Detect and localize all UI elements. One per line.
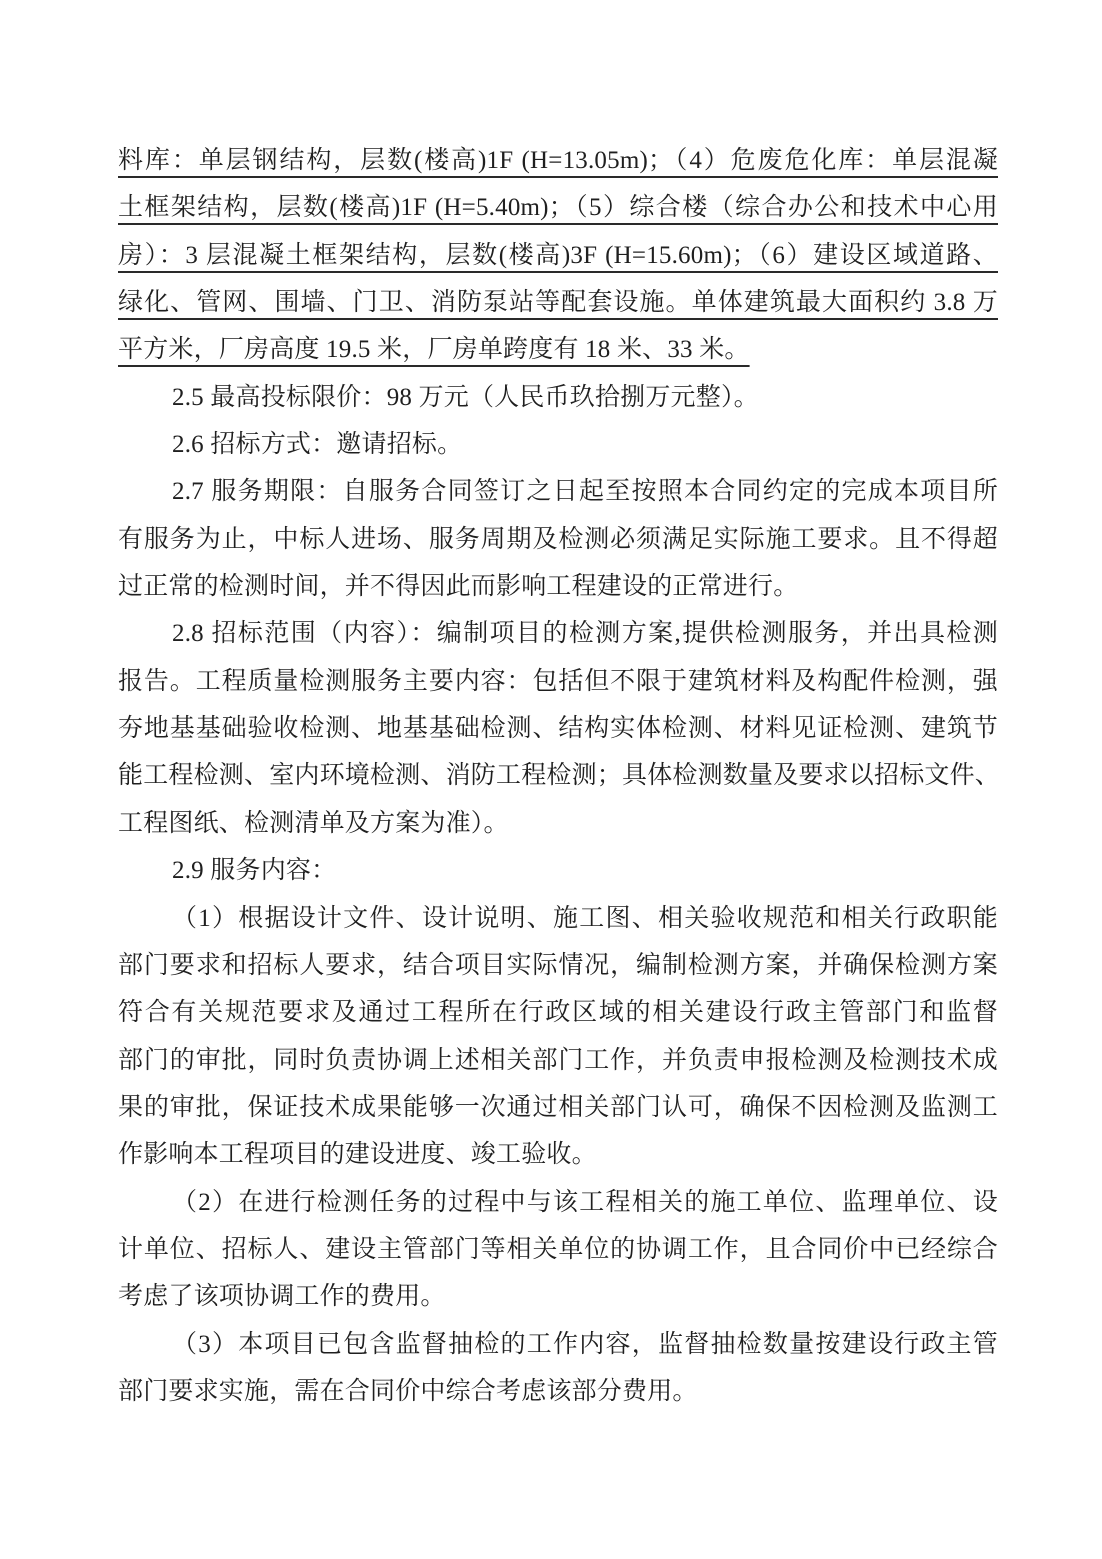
text-line: 部门的审批，同时负责协调上述相关部门工作，并负责申报检测及检测技术成 <box>118 1037 998 1084</box>
item-2-coordination: （2）在进行检测任务的过程中与该工程相关的施工单位、监理单位、设计单位、招标人、… <box>118 1179 998 1321</box>
document-body: 料库：单层钢结构，层数(楼高)1F (H=13.05m)；（4）危废危化库：单层… <box>118 137 998 1415</box>
text-line: 考虑了该项协调工作的费用。 <box>118 1273 998 1320</box>
document-page: 料库：单层钢结构，层数(楼高)1F (H=13.05m)；（4）危废危化库：单层… <box>0 0 1102 1559</box>
item-1-detection-plan: （1）根据设计文件、设计说明、施工图、相关验收规范和相关行政职能部门要求和招标人… <box>118 895 998 1179</box>
text-line: 符合有关规范要求及通过工程所在行政区域的相关建设行政主管部门和监督 <box>118 989 998 1036</box>
text-line: 能工程检测、室内环境检测、消防工程检测；具体检测数量及要求以招标文件、 <box>118 752 998 799</box>
text-line: 工程图纸、检测清单及方案为准）。 <box>118 800 998 847</box>
text-line: 报告。工程质量检测服务主要内容：包括但不限于建筑材料及构配件检测，强 <box>118 658 998 705</box>
item-3-supervision-sampling: （3）本项目已包含监督抽检的工作内容，监督抽检数量按建设行政主管部门要求实施，需… <box>118 1321 998 1416</box>
text-line: 夯地基基础验收检测、地基基础检测、结构实体检测、材料见证检测、建筑节 <box>118 705 998 752</box>
text-line: （1）根据设计文件、设计说明、施工图、相关验收规范和相关行政职能 <box>118 895 998 942</box>
text-line: 土框架结构，层数(楼高)1F (H=5.40m)；（5）综合楼（综合办公和技术中… <box>118 184 998 231</box>
text-line: 部门要求实施，需在合同价中综合考虑该部分费用。 <box>118 1368 998 1415</box>
text-line: 绿化、管网、围墙、门卫、消防泵站等配套设施。单体建筑最大面积约 3.8 万 <box>118 279 998 326</box>
text-line: 2.8 招标范围（内容）：编制项目的检测方案,提供检测服务，并出具检测 <box>118 610 998 657</box>
text-line: 2.9 服务内容： <box>118 847 998 894</box>
clause-2-6-tender-method: 2.6 招标方式：邀请招标。 <box>118 421 998 468</box>
text-line: 过正常的检测时间，并不得因此而影响工程建设的正常进行。 <box>118 563 998 610</box>
text-line: 作影响本工程项目的建设进度、竣工验收。 <box>118 1131 998 1178</box>
clause-2-5-max-bid-price: 2.5 最高投标限价：98 万元（人民币玖拾捌万元整）。 <box>118 374 998 421</box>
text-line: 2.7 服务期限：自服务合同签订之日起至按照本合同约定的完成本项目所 <box>118 468 998 515</box>
text-line: 平方米，厂房高度 19.5 米，厂房单跨度有 18 米、33 米。 <box>118 326 998 373</box>
text-line: （2）在进行检测任务的过程中与该工程相关的施工单位、监理单位、设 <box>118 1179 998 1226</box>
text-line: 2.6 招标方式：邀请招标。 <box>118 421 998 468</box>
text-line: 果的审批，保证技术成果能够一次通过相关部门认可，确保不因检测及监测工 <box>118 1084 998 1131</box>
text-line: 房）：3 层混凝土框架结构，层数(楼高)3F (H=15.60m)；（6）建设区… <box>118 232 998 279</box>
continuation-building-description: 料库：单层钢结构，层数(楼高)1F (H=13.05m)；（4）危废危化库：单层… <box>118 137 998 374</box>
text-line: 有服务为止，中标人进场、服务周期及检测必须满足实际施工要求。且不得超 <box>118 516 998 563</box>
clause-2-8-tender-scope: 2.8 招标范围（内容）：编制项目的检测方案,提供检测服务，并出具检测报告。工程… <box>118 610 998 847</box>
text-line: 2.5 最高投标限价：98 万元（人民币玖拾捌万元整）。 <box>118 374 998 421</box>
text-line: 料库：单层钢结构，层数(楼高)1F (H=13.05m)；（4）危废危化库：单层… <box>118 137 998 184</box>
text-line: 计单位、招标人、建设主管部门等相关单位的协调工作，且合同价中已经综合 <box>118 1226 998 1273</box>
clause-2-9-service-content: 2.9 服务内容： <box>118 847 998 894</box>
text-line: （3）本项目已包含监督抽检的工作内容，监督抽检数量按建设行政主管 <box>118 1321 998 1368</box>
text-line: 部门要求和招标人要求，结合项目实际情况，编制检测方案，并确保检测方案 <box>118 942 998 989</box>
clause-2-7-service-period: 2.7 服务期限：自服务合同签订之日起至按照本合同约定的完成本项目所有服务为止，… <box>118 468 998 610</box>
